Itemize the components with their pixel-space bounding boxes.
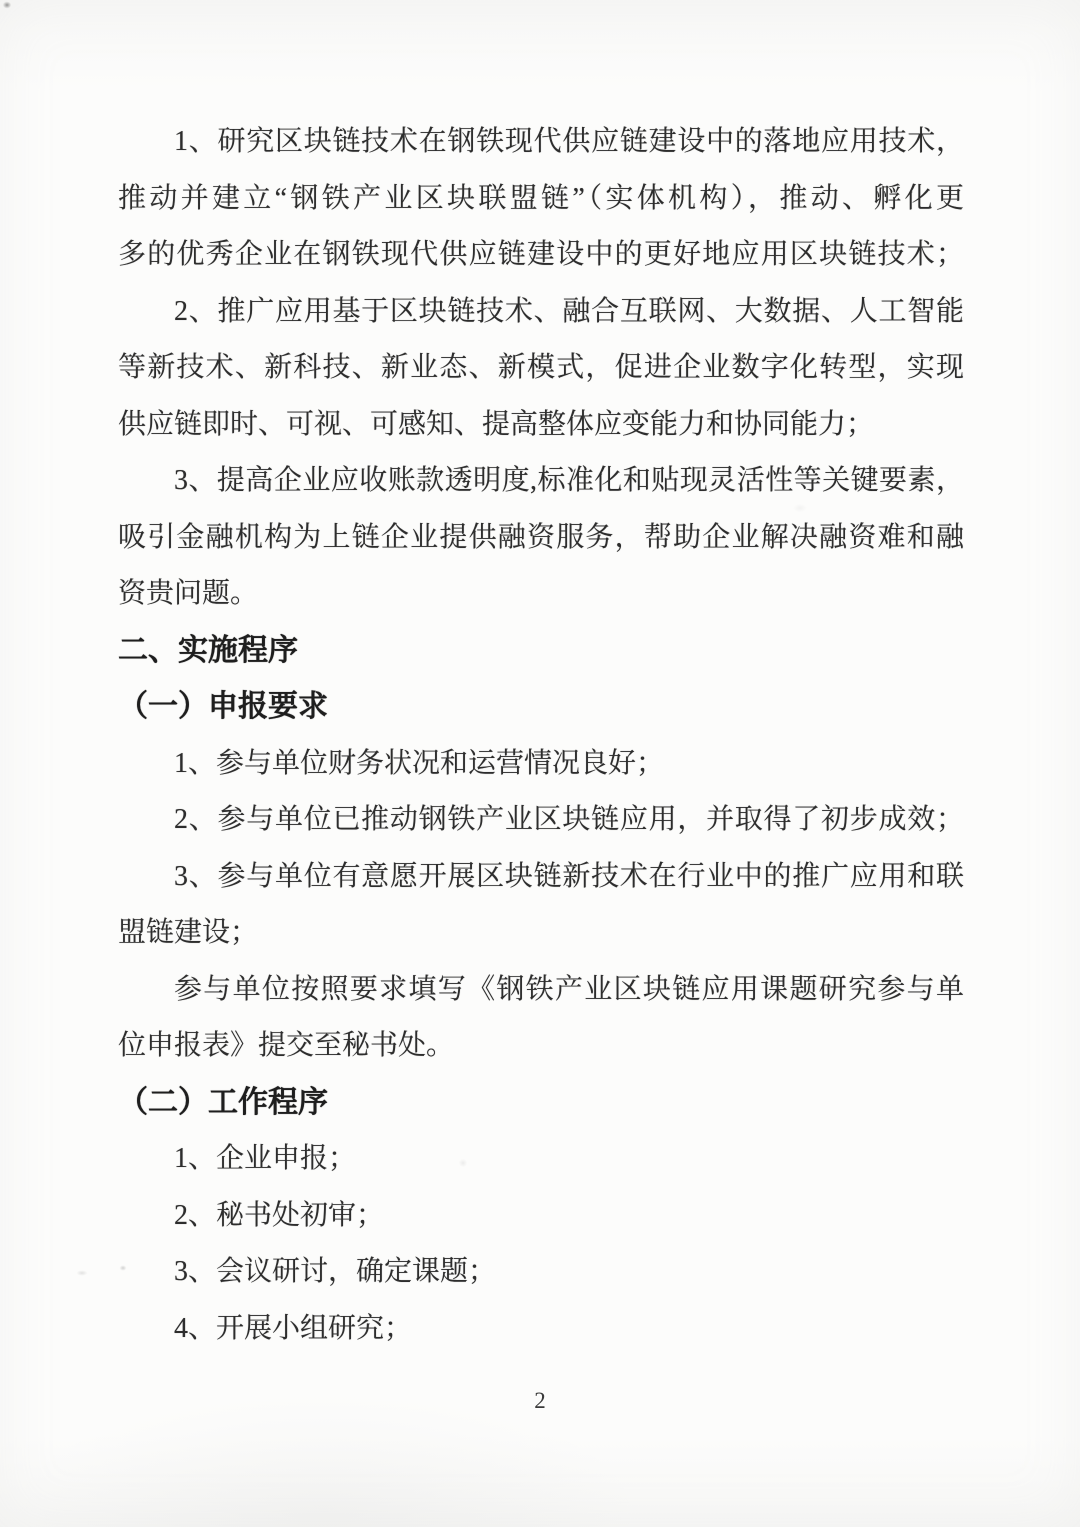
document-page: 1、研究区块链技术在钢铁现代供应链建设中的落地应用技术， 推动并建立“钢铁产业区… — [0, 0, 1080, 1527]
list-item: 1、参与单位财务状况和运营情况良好； — [118, 736, 964, 793]
body-line: 参与单位按照要求填写《钢铁产业区块链应用课题研究参与单 — [118, 962, 964, 1019]
subsection-heading-application-requirements: （一）申报要求 — [118, 679, 964, 736]
body-line: 位申报表》提交至秘书处。 — [118, 1018, 964, 1075]
list-item: 2、秘书处初审； — [118, 1188, 964, 1245]
body-line: 1、研究区块链技术在钢铁现代供应链建设中的落地应用技术， — [118, 114, 964, 171]
list-item: 3、会议研讨，确定课题； — [118, 1244, 964, 1301]
section-heading-implementation-procedure: 二、实施程序 — [118, 623, 964, 680]
subsection-heading-work-procedure: （二）工作程序 — [118, 1075, 964, 1132]
body-line: 资贵问题。 — [118, 566, 964, 623]
list-item: 4、开展小组研究； — [118, 1301, 964, 1358]
body-line: 吸引金融机构为上链企业提供融资服务，帮助企业解决融资难和融 — [118, 510, 964, 567]
list-item: 3、参与单位有意愿开展区块链新技术在行业中的推广应用和联 — [118, 849, 964, 906]
document-body: 1、研究区块链技术在钢铁现代供应链建设中的落地应用技术， 推动并建立“钢铁产业区… — [118, 114, 964, 1357]
body-line: 供应链即时、可视、可感知、提高整体应变能力和协同能力； — [118, 397, 964, 454]
body-line: 等新技术、新科技、新业态、新模式，促进企业数字化转型，实现 — [118, 340, 964, 397]
body-line: 3、提高企业应收账款透明度,标准化和贴现灵活性等关键要素， — [118, 453, 964, 510]
body-line: 多的优秀企业在钢铁现代供应链建设中的更好地应用区块链技术； — [118, 227, 964, 284]
list-item: 2、参与单位已推动钢铁产业区块链应用，并取得了初步成效； — [118, 792, 964, 849]
body-line: 推动并建立“钢铁产业区块联盟链”（实体机构），推动、孵化更 — [118, 171, 964, 228]
list-item: 1、企业申报； — [118, 1131, 964, 1188]
body-line: 2、推广应用基于区块链技术、融合互联网、大数据、人工智能 — [118, 284, 964, 341]
page-number: 2 — [0, 1388, 1080, 1414]
body-line: 盟链建设； — [118, 905, 964, 962]
